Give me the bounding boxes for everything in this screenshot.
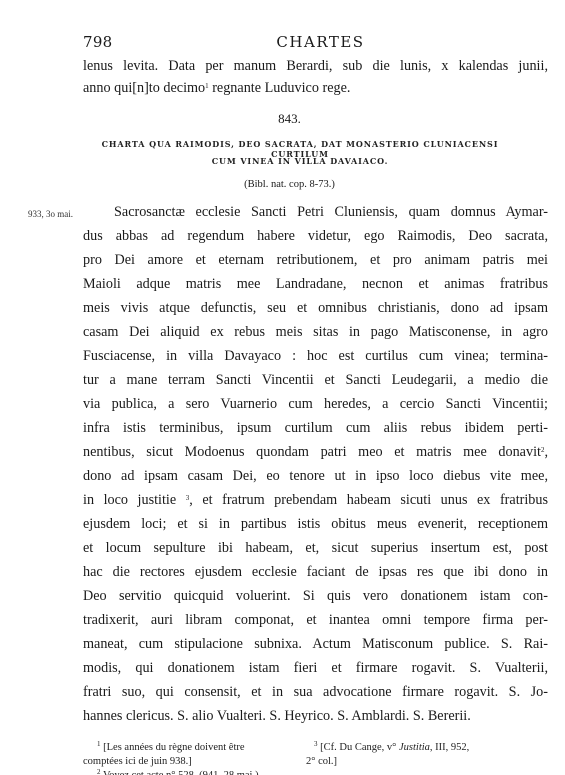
body-line: ejusdem loci; et si in partibus istis ob… — [83, 515, 548, 533]
footnote-text: , III, 952, — [430, 742, 469, 753]
footnote-text: Voyez cet acte n° 528. (941, 28 mai.) — [103, 770, 259, 775]
body-line: meis vivis atque defunctis, seu et omnib… — [83, 299, 548, 317]
body-line: tur a mane terram Sancti Vincentii et Sa… — [83, 371, 548, 389]
previous-charter-line: anno qui[n]to decimo1 regnante Luduvico … — [83, 79, 548, 97]
body-line: hac die rectores ejusdem ecclesie facian… — [83, 563, 548, 581]
body-line: fratri suo, qui consensit, et in sua adv… — [83, 683, 548, 701]
body-line: maneat, cum stipulacione subnixa. Actum … — [83, 635, 548, 653]
text-segment: et fratrum prebendam habeam sicuti unus … — [202, 492, 548, 508]
body-line: pro Dei amore et eternam retributionem, … — [83, 251, 548, 269]
footnote-3-cont: 2° col.] — [306, 755, 337, 769]
footnote-1: 1 [Les années du règne doivent être — [97, 741, 245, 755]
source-reference: (Bibl. nat. cop. 8-73.) — [0, 179, 565, 190]
body-line: hannes clericus. S. alio Vualteri. S. He… — [83, 707, 548, 725]
body-line: via publica, a sero Vuarnerio cum herede… — [83, 395, 548, 413]
footnote-mark: 2 — [97, 768, 101, 775]
text-segment: regnante Luduvico rege. — [212, 80, 350, 96]
body-line: dus abbas ad regendum habere videtur, eg… — [83, 227, 548, 245]
text-segment: anno qui[n]to decimo — [83, 80, 205, 96]
footnote-ref: 2 — [541, 446, 545, 454]
body-line: Maioli adque matris mee Landradane, necn… — [83, 275, 548, 293]
previous-charter-line: lenus levita. Data per manum Berardi, su… — [83, 57, 548, 75]
body-line: Sacrosanctæ ecclesie Sancti Petri Clunie… — [114, 203, 548, 221]
body-line: casam Dei aliquid ex rebus meis sitas in… — [83, 323, 548, 341]
book-page: 798 CHARTES lenus levita. Data per manum… — [0, 0, 565, 775]
body-line: Fusciacense, in villa Davayaco : hoc est… — [83, 347, 548, 365]
charter-title-line: CUM VINEA IN VILLA DAVAIACO. — [100, 156, 500, 166]
running-head: 798 CHARTES — [83, 33, 548, 53]
footnote-text: [Cf. Du Cange, v° — [320, 742, 396, 753]
text-segment: nentibus, sicut Modoenus quondam patri m… — [83, 444, 541, 460]
footnote-2: 2 Voyez cet acte n° 528. (941, 28 mai.) — [97, 769, 259, 775]
body-line: modis, qui donationem istam fieri et fir… — [83, 659, 548, 677]
body-line: et locum sepulture ibi habeam, et, sicut… — [83, 539, 548, 557]
footnote-3: 3 [Cf. Du Cange, v° Justitia, III, 952, — [314, 741, 469, 755]
footnote-text: [Les années du règne doivent être — [103, 742, 244, 753]
margin-date: 933, 3o mai. — [28, 209, 73, 219]
charter-number: 843. — [0, 111, 565, 127]
footnote-ref: 1 — [205, 82, 209, 90]
body-line: in loco justitie 3, et fratrum prebendam… — [83, 491, 548, 509]
footnote-mark: 1 — [97, 740, 101, 748]
body-line: tradixerit, auri libram componat, et ina… — [83, 611, 548, 629]
body-line: Deo servitio quicquid voluerint. Si quis… — [83, 587, 548, 605]
running-title: CHARTES — [83, 33, 548, 51]
footnote-mark: 3 — [314, 740, 318, 748]
body-line: dono ad ipsam casam Dei, eo tenore ut in… — [83, 467, 548, 485]
body-line: infra istis terminibus, ipsum curtilum c… — [83, 419, 548, 437]
body-line: nentibus, sicut Modoenus quondam patri m… — [83, 443, 548, 461]
footnote-1-cont: comptées ici de juin 938.] — [83, 755, 192, 769]
footnote-italic: Justitia — [399, 742, 430, 753]
footnote-ref: 3 — [186, 494, 190, 502]
text-segment: in loco justitie — [83, 492, 176, 508]
